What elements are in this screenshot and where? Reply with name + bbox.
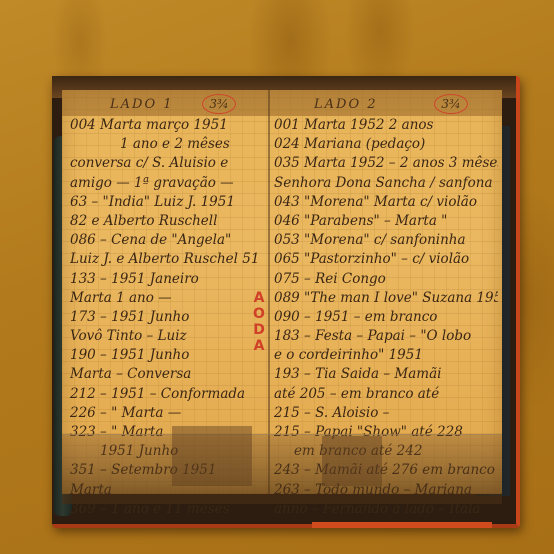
tape-patch [322,436,382,486]
list-item: 183 – Festa – Papai – "O lobo [274,327,498,346]
list-item: 024 Mariana (pedaço) [274,135,498,154]
list-item: 193 – Tia Saida – Mamãi [274,365,498,384]
list-item: 075 – Rei Congo [274,270,498,289]
list-item: Marta 1 ano — [70,289,266,308]
list-item: 226 – " Marta — [70,404,266,423]
list-item: 053 "Morena" c/ sanfoninha [274,231,498,250]
list-item: 004 Marta março 1951 [70,116,266,135]
side-1-header: LADO 1 3¾ [70,94,266,116]
list-item: até 205 – em branco até [274,385,498,404]
list-item: 215 – S. Aloisio – [274,404,498,423]
list-item: amigo — 1ª gravação — [70,174,266,193]
list-item: e o cordeirinho" 1951 [274,346,498,365]
list-item: Vovô Tinto – Luiz [70,327,266,346]
list-item: 046 "Parabens" – Marta " [274,212,498,231]
tape-box: LADO 1 3¾ 004 Marta março 1951 1 ano e 2… [52,76,520,528]
side-1-speed: 3¾ [202,94,236,114]
list-item: Marta – Conversa [70,365,266,384]
list-item: 089 "The man I love" Suzana 1952 [274,289,498,308]
adhesive-tape-strip [62,434,502,504]
list-item: Luiz J. e Alberto Ruschel 51 [70,250,266,269]
box-red-edge [312,522,492,528]
red-margin-marks: A O D A [252,290,266,354]
list-item: 82 e Alberto Ruschell [70,212,266,231]
side-2-title: LADO 2 [314,97,378,112]
list-item: 065 "Pastorzinho" – c/ violão [274,250,498,269]
list-item: Senhora Dona Sancha / sanfona [274,174,498,193]
list-item: 086 – Cena de "Angela" [70,231,266,250]
red-mark-letter: O [252,306,266,322]
list-item: 035 Marta 1952 – 2 anos 3 mêses [274,154,498,173]
list-item: conversa c/ S. Aluisio e [70,154,266,173]
side-2-header: LADO 2 3¾ [274,94,498,116]
list-item: 212 – 1951 – Conformada [70,385,266,404]
list-item: 190 – 1951 Junho [70,346,266,365]
side-2-speed: 3¾ [434,94,468,114]
list-item: 63 – "India" Luiz J. 1951 [70,193,266,212]
list-item: 1 ano e 2 mêses [70,135,266,154]
red-mark-letter: D [252,322,266,338]
list-item: 043 "Morena" Marta c/ violão [274,193,498,212]
red-mark-letter: A [252,338,266,354]
tape-patch [172,426,252,486]
side-1-title: LADO 1 [110,97,174,112]
list-item: 173 – 1951 Junho [70,308,266,327]
list-item: 001 Marta 1952 2 anos [274,116,498,135]
red-mark-letter: A [252,290,266,306]
list-item: 133 – 1951 Janeiro [70,270,266,289]
list-item: 090 – 1951 – em branco [274,308,498,327]
